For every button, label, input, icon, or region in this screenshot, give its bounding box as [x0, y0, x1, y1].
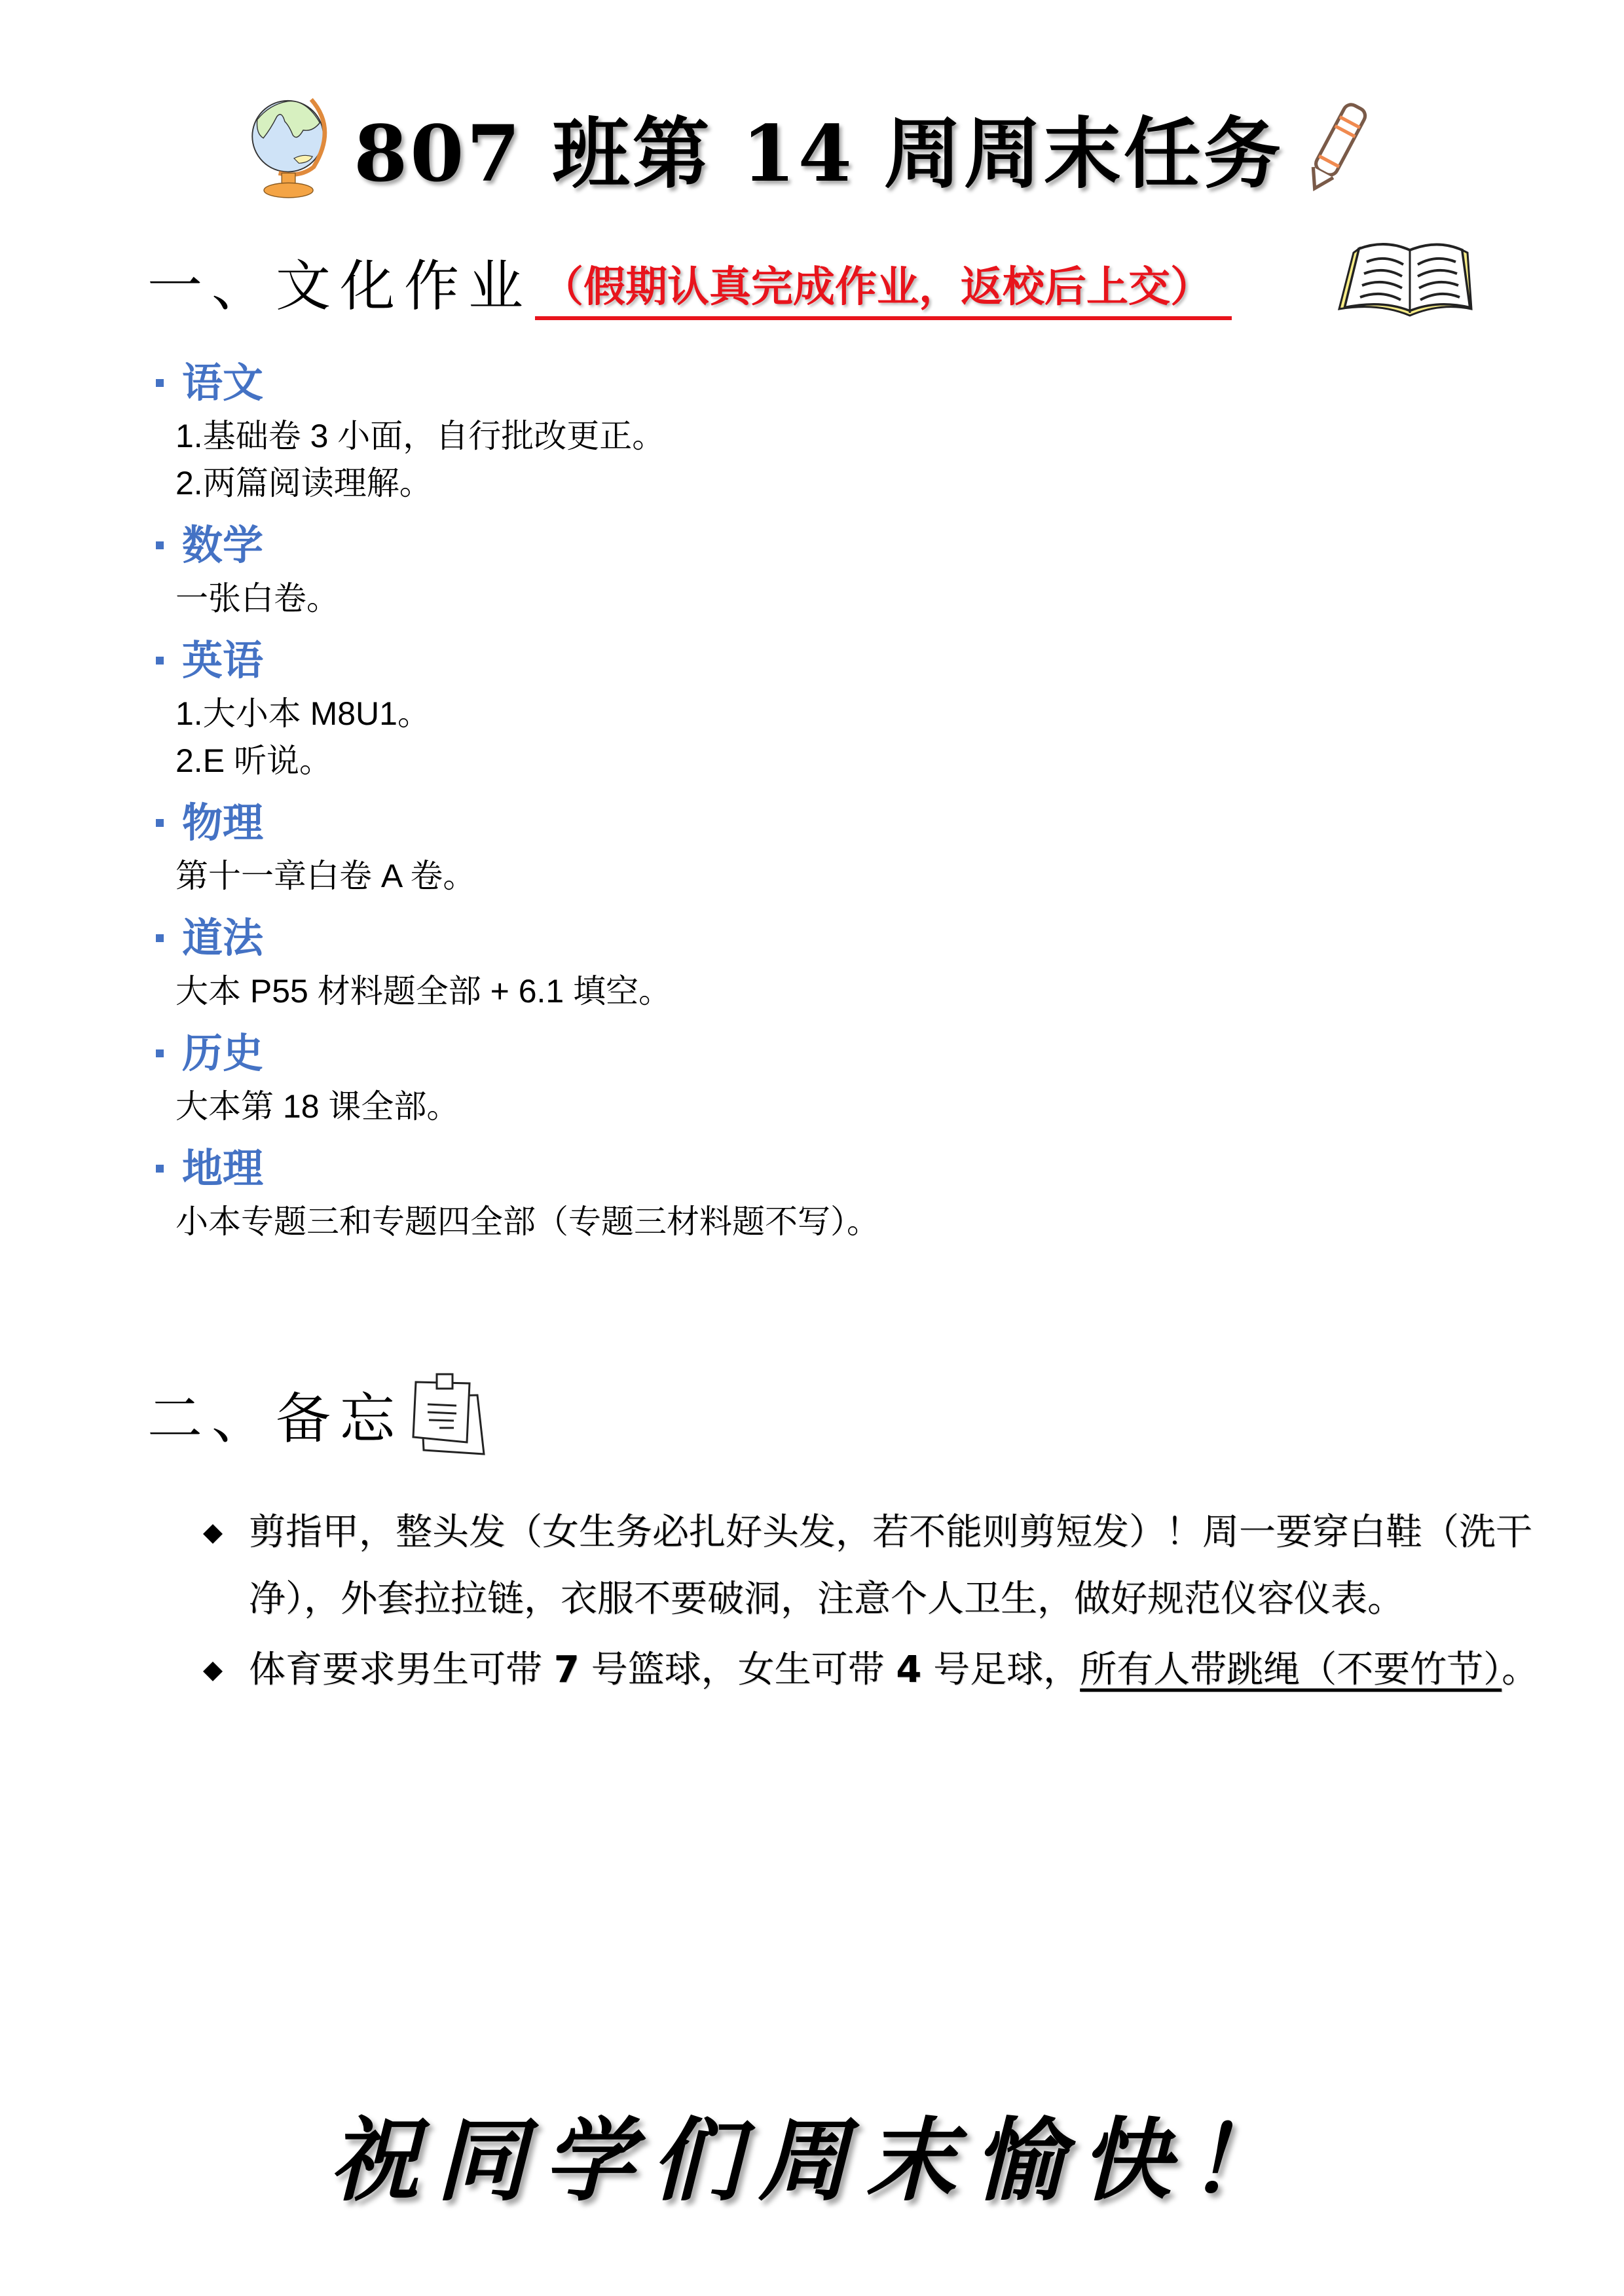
- task-line: 大本 P55 材料题全部 + 6.1 填空。: [156, 968, 1466, 1015]
- task-line: 2.E 听说。: [156, 737, 1466, 784]
- memo-notes-icon: [411, 1370, 489, 1459]
- task-line: 第十一章白卷 A 卷。: [156, 852, 1466, 900]
- subject-history: 历史 大本第 18 课全部。: [156, 1024, 1466, 1130]
- square-bullet-icon: [156, 934, 164, 942]
- pencil-icon: [1294, 88, 1379, 206]
- subject-title: 物理: [182, 793, 263, 852]
- section-2-heading: 二、备忘: [147, 1375, 404, 1454]
- section-2-header: 二、备忘: [147, 1365, 489, 1463]
- subject-english: 英语 1.大小本 M8U1。 2.E 听说。: [156, 631, 1466, 784]
- title-row: 807 班第 14 周周末任务: [0, 85, 1624, 210]
- memo-text: 剪指甲，整头发（女生务必扎好头发，若不能则剪短发）！周一要穿白鞋（洗干净），外套…: [249, 1499, 1552, 1633]
- task-line: 大本第 18 课全部。: [156, 1083, 1466, 1130]
- subject-chinese: 语文 1.基础卷 3 小面，自行批改更正。 2.两篇阅读理解。: [156, 354, 1466, 507]
- football-size: 4: [896, 1649, 921, 1691]
- square-bullet-icon: [156, 819, 164, 827]
- memo-item: 剪指甲，整头发（女生务必扎好头发，若不能则剪短发）！周一要穿白鞋（洗干净），外套…: [203, 1499, 1552, 1633]
- subject-title: 数学: [182, 516, 263, 575]
- page-title: 807 班第 14 周周末任务: [354, 92, 1283, 203]
- task-line: 小本专题三和专题四全部（专题三材料题不写）。: [156, 1198, 1466, 1245]
- subject-title: 历史: [182, 1024, 263, 1083]
- footer-greeting: 祝同学们周末愉快！: [0, 2088, 1624, 2218]
- subject-physics: 物理 第十一章白卷 A 卷。: [156, 793, 1466, 900]
- subject-math: 数学 一张白卷。: [156, 516, 1466, 622]
- globe-icon: [245, 88, 343, 206]
- square-bullet-icon: [156, 541, 164, 549]
- subject-title: 地理: [182, 1139, 263, 1198]
- basketball-size: 7: [554, 1649, 580, 1691]
- subject-ethics-law: 道法 大本 P55 材料题全部 + 6.1 填空。: [156, 909, 1466, 1015]
- section-1-header: 一、文化作业 （假期认真完成作业，返校后上交）: [147, 236, 1232, 327]
- jump-rope-requirement: 所有人带跳绳（不要竹节）: [1080, 1649, 1502, 1691]
- subject-list: 语文 1.基础卷 3 小面，自行批改更正。 2.两篇阅读理解。 数学 一张白卷。…: [156, 354, 1466, 1254]
- square-bullet-icon: [156, 1165, 164, 1173]
- square-bullet-icon: [156, 1049, 164, 1057]
- subject-geography: 地理 小本专题三和专题四全部（专题三材料题不写）。: [156, 1139, 1466, 1245]
- memo-text: 体育要求男生可带 7 号篮球，女生可带 4 号足球，所有人带跳绳（不要竹节）。: [249, 1637, 1538, 1704]
- subject-title: 英语: [182, 631, 263, 690]
- memo-item: 体育要求男生可带 7 号篮球，女生可带 4 号足球，所有人带跳绳（不要竹节）。: [203, 1637, 1552, 1704]
- section-1-heading: 一、文化作业: [147, 242, 532, 321]
- section-1-note: （假期认真完成作业，返校后上交）: [535, 253, 1232, 320]
- task-line: 1.基础卷 3 小面，自行批改更正。: [156, 412, 1466, 460]
- diamond-bullet-icon: [203, 1524, 223, 1544]
- diamond-bullet-icon: [203, 1662, 223, 1681]
- task-line: 一张白卷。: [156, 575, 1466, 622]
- memo-list: 剪指甲，整头发（女生务必扎好头发，若不能则剪短发）！周一要穿白鞋（洗干净），外套…: [203, 1499, 1552, 1707]
- task-line: 2.两篇阅读理解。: [156, 460, 1466, 507]
- open-book-icon: [1333, 236, 1473, 318]
- subject-title: 语文: [182, 354, 263, 412]
- subject-title: 道法: [182, 909, 263, 968]
- square-bullet-icon: [156, 657, 164, 665]
- task-line: 1.大小本 M8U1。: [156, 690, 1466, 737]
- square-bullet-icon: [156, 379, 164, 387]
